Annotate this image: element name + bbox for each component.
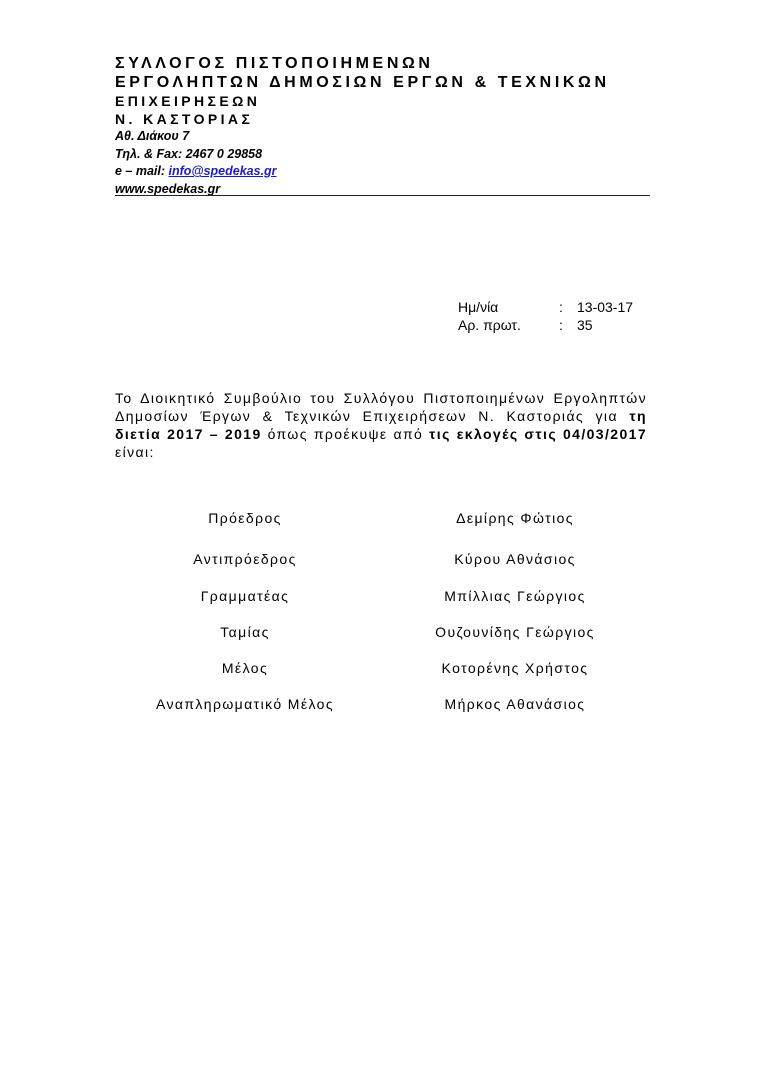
member-name: Κύρου Αθνάσιος — [400, 551, 630, 567]
board-member-row: ΜέλοςΚοτορένης Χρήστος — [130, 660, 630, 680]
protocol-label: Αρ. πρωτ. — [458, 316, 521, 334]
board-member-row: ΠρόεδροςΔεμίρης Φώτιος — [130, 510, 630, 530]
member-name: Ουζουνίδης Γεώργιος — [400, 624, 630, 640]
member-name: Κοτορένης Χρήστος — [400, 660, 630, 676]
header-divider — [115, 195, 650, 196]
member-name: Μήρκος Αθανάσιος — [400, 696, 630, 712]
board-member-row: ΓραμματέαςΜπίλλιας Γεώργιος — [130, 588, 630, 608]
date-separator: : — [559, 298, 563, 316]
text-part-3: είναι: — [115, 444, 155, 460]
board-member-row: ΤαμίαςΟυζουνίδης Γεώργιος — [130, 624, 630, 644]
member-role: Πρόεδρος — [130, 510, 360, 526]
member-role: Ταμίας — [130, 624, 360, 640]
member-role: Αντιπρόεδρος — [130, 551, 360, 567]
text-part-1: Το Διοικητικό Συμβούλιο του Συλλόγου Πισ… — [115, 390, 647, 424]
email-line: e – mail: info@spedekas.gr — [115, 163, 650, 181]
date-label: Ημ/νία — [458, 298, 498, 316]
address: Αθ. Διάκου 7 — [115, 128, 650, 146]
org-name-line-1: ΣΥΛΛΟΓΟΣ ΠΙΣΤΟΠΟΙΗΜΕΝΩΝ — [115, 54, 650, 73]
protocol-separator: : — [559, 316, 563, 334]
announcement-paragraph: Το Διοικητικό Συμβούλιο του Συλλόγου Πισ… — [115, 389, 647, 461]
member-role: Αναπληρωματικό Μέλος — [130, 696, 360, 712]
member-name: Μπίλλιας Γεώργιος — [400, 588, 630, 604]
board-member-row: Αναπληρωματικό ΜέλοςΜήρκος Αθανάσιος — [130, 696, 630, 716]
member-name: Δεμίρης Φώτιος — [400, 510, 630, 526]
member-role: Γραμματέας — [130, 588, 360, 604]
board-member-row: ΑντιπρόεδροςΚύρου Αθνάσιος — [130, 551, 630, 571]
protocol-value: 35 — [577, 316, 593, 334]
election-date: τις εκλογές στις 04/03/2017 — [429, 426, 647, 442]
org-name-line-3: ΕΠΙΧΕΙΡΗΣΕΩΝ — [115, 92, 650, 110]
org-name-line-2: ΕΡΓΟΛΗΠΤΩΝ ΔΗΜΟΣΙΩΝ ΕΡΓΩΝ & ΤΕΧΝΙΚΩΝ — [115, 73, 650, 92]
date-value: 13-03-17 — [577, 298, 633, 316]
member-role: Μέλος — [130, 660, 360, 676]
org-location: Ν. ΚΑΣΤΟΡΙΑΣ — [115, 110, 650, 128]
text-part-2: όπως προέκυψε από — [262, 426, 430, 442]
phone-fax: Τηλ. & Fax: 2467 0 29858 — [115, 146, 650, 164]
email-label: e – mail: — [115, 164, 169, 178]
letterhead: ΣΥΛΛΟΓΟΣ ΠΙΣΤΟΠΟΙΗΜΕΝΩΝ ΕΡΓΟΛΗΠΤΩΝ ΔΗΜΟΣ… — [115, 54, 650, 198]
email-link[interactable]: info@spedekas.gr — [169, 164, 277, 178]
